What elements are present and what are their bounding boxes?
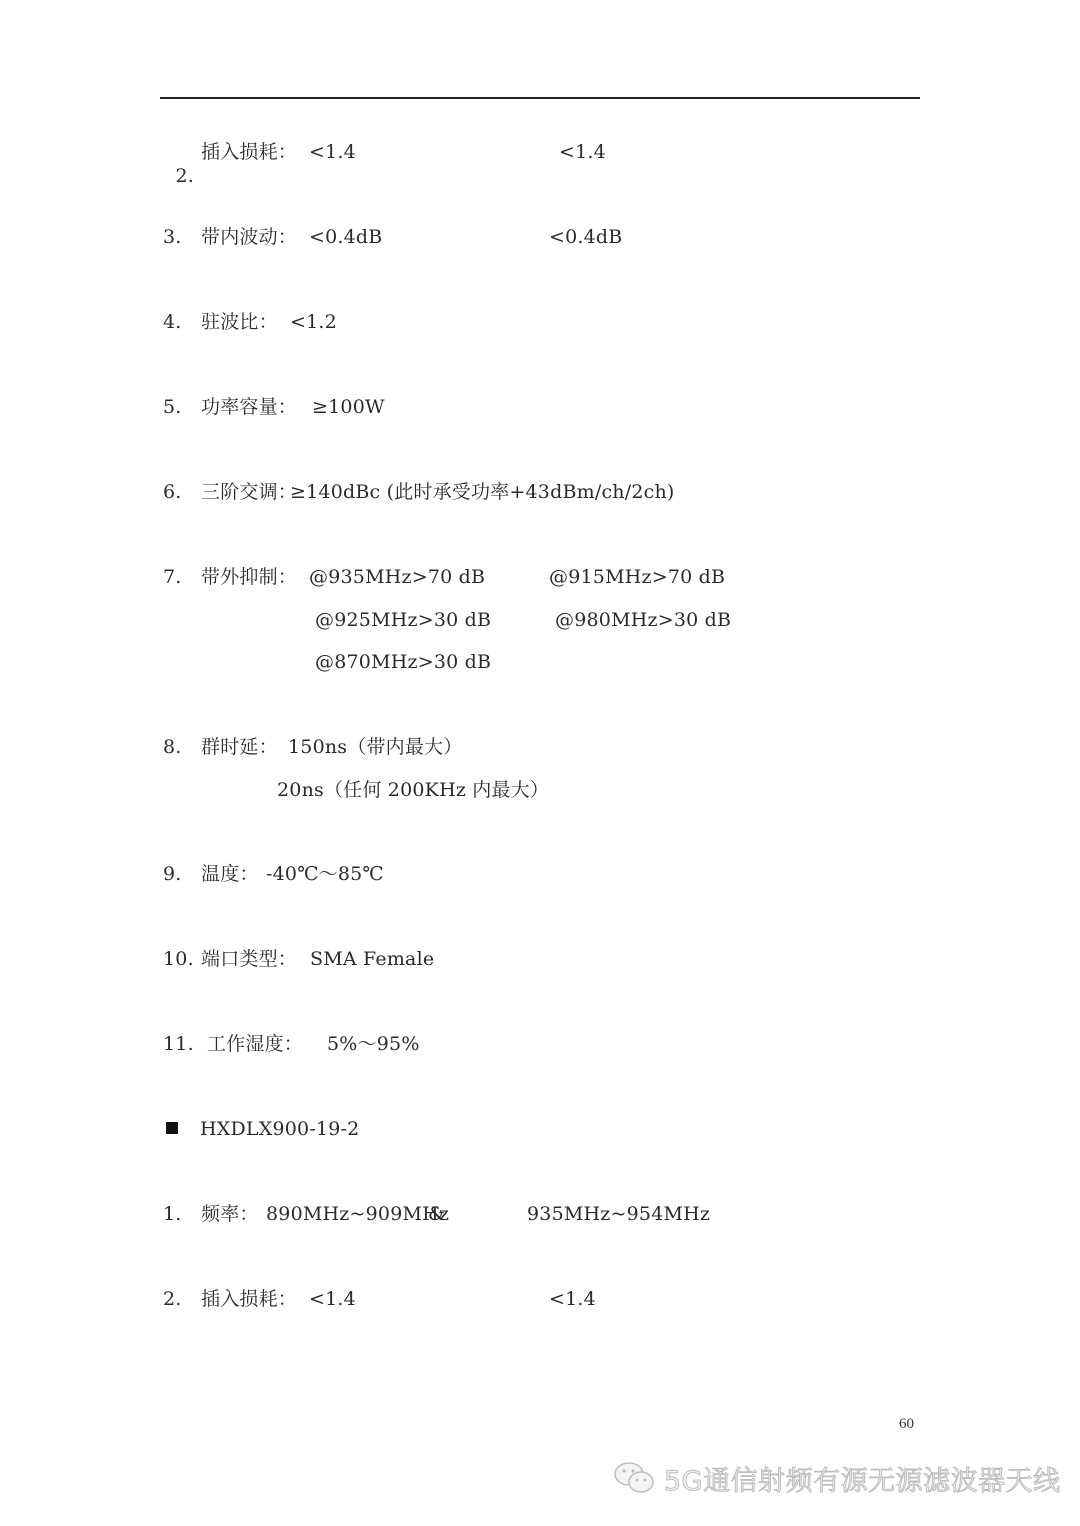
spec-label: 频率： — [201, 1202, 259, 1226]
spec-value: <1.4 — [309, 140, 356, 164]
watermark: 5G通信射频有源无源滤波器天线 — [612, 1458, 1061, 1498]
spec-label: 插入损耗： — [201, 140, 297, 164]
spec-value-2: 935MHz~954MHz — [527, 1202, 710, 1226]
spec-value: <0.4dB — [309, 225, 382, 249]
spec-value: -40℃～85℃ — [266, 862, 384, 886]
square-bullet-icon — [166, 1122, 178, 1134]
item-number: 10. — [163, 947, 194, 971]
spec-value: 890MHz~909MHz — [266, 1202, 449, 1226]
model-heading: HXDLX900-19-2 — [200, 1117, 359, 1141]
spec-label: 功率容量： — [201, 395, 297, 419]
spec-value: <1.2 — [290, 310, 337, 334]
spec-value-2: <1.4 — [549, 1287, 596, 1311]
spec-label: 带外抑制： — [201, 565, 297, 589]
page-number: 60 — [899, 1416, 914, 1433]
spec-label: 温度： — [201, 862, 259, 886]
spec-value: SMA Female — [310, 947, 434, 971]
rejection-value: @925MHz>30 dB — [315, 608, 491, 632]
item-number: 2. — [163, 1287, 182, 1311]
spec-value-2: 20ns（任何 200KHz 内最大） — [277, 778, 549, 802]
spec-value: <1.4 — [309, 1287, 356, 1311]
item-number: 11. — [163, 1032, 194, 1056]
item-number: 1. — [163, 1202, 182, 1226]
spec-label: 驻波比： — [201, 310, 278, 334]
spec-label: 带内波动： — [201, 225, 297, 249]
spec-insertion-loss: 2. — [163, 140, 194, 188]
item-number: 4. — [163, 310, 182, 334]
wechat-icon — [612, 1459, 658, 1497]
spec-value: 150ns（带内最大） — [288, 735, 462, 759]
header-rule — [160, 97, 920, 99]
spec-value: ≥140dBc (此时承受功率+43dBm/ch/2ch) — [290, 480, 675, 504]
spec-label: 端口类型： — [201, 947, 297, 971]
spec-value-2: <0.4dB — [549, 225, 622, 249]
item-number: 6. — [163, 480, 182, 504]
spec-value-2: <1.4 — [559, 140, 606, 164]
spec-value: 5%～95% — [327, 1032, 420, 1056]
spec-label: 三阶交调： — [201, 480, 297, 504]
item-number: 2. — [175, 165, 194, 187]
spec-value: ≥100W — [312, 395, 385, 419]
rejection-value: @915MHz>70 dB — [549, 565, 725, 589]
rejection-value: @935MHz>70 dB — [309, 565, 485, 589]
ampersand: & — [428, 1202, 445, 1226]
item-number: 8. — [163, 735, 182, 759]
spec-label: 群时延： — [201, 735, 278, 759]
item-number: 9. — [163, 862, 182, 886]
item-number: 5. — [163, 395, 182, 419]
rejection-value: @870MHz>30 dB — [315, 650, 491, 674]
watermark-text: 5G通信射频有源无源滤波器天线 — [664, 1459, 1061, 1498]
spec-label: 工作湿度： — [207, 1032, 303, 1056]
rejection-value: @980MHz>30 dB — [555, 608, 731, 632]
item-number: 3. — [163, 225, 182, 249]
spec-label: 插入损耗： — [201, 1287, 297, 1311]
item-number: 7. — [163, 565, 182, 589]
